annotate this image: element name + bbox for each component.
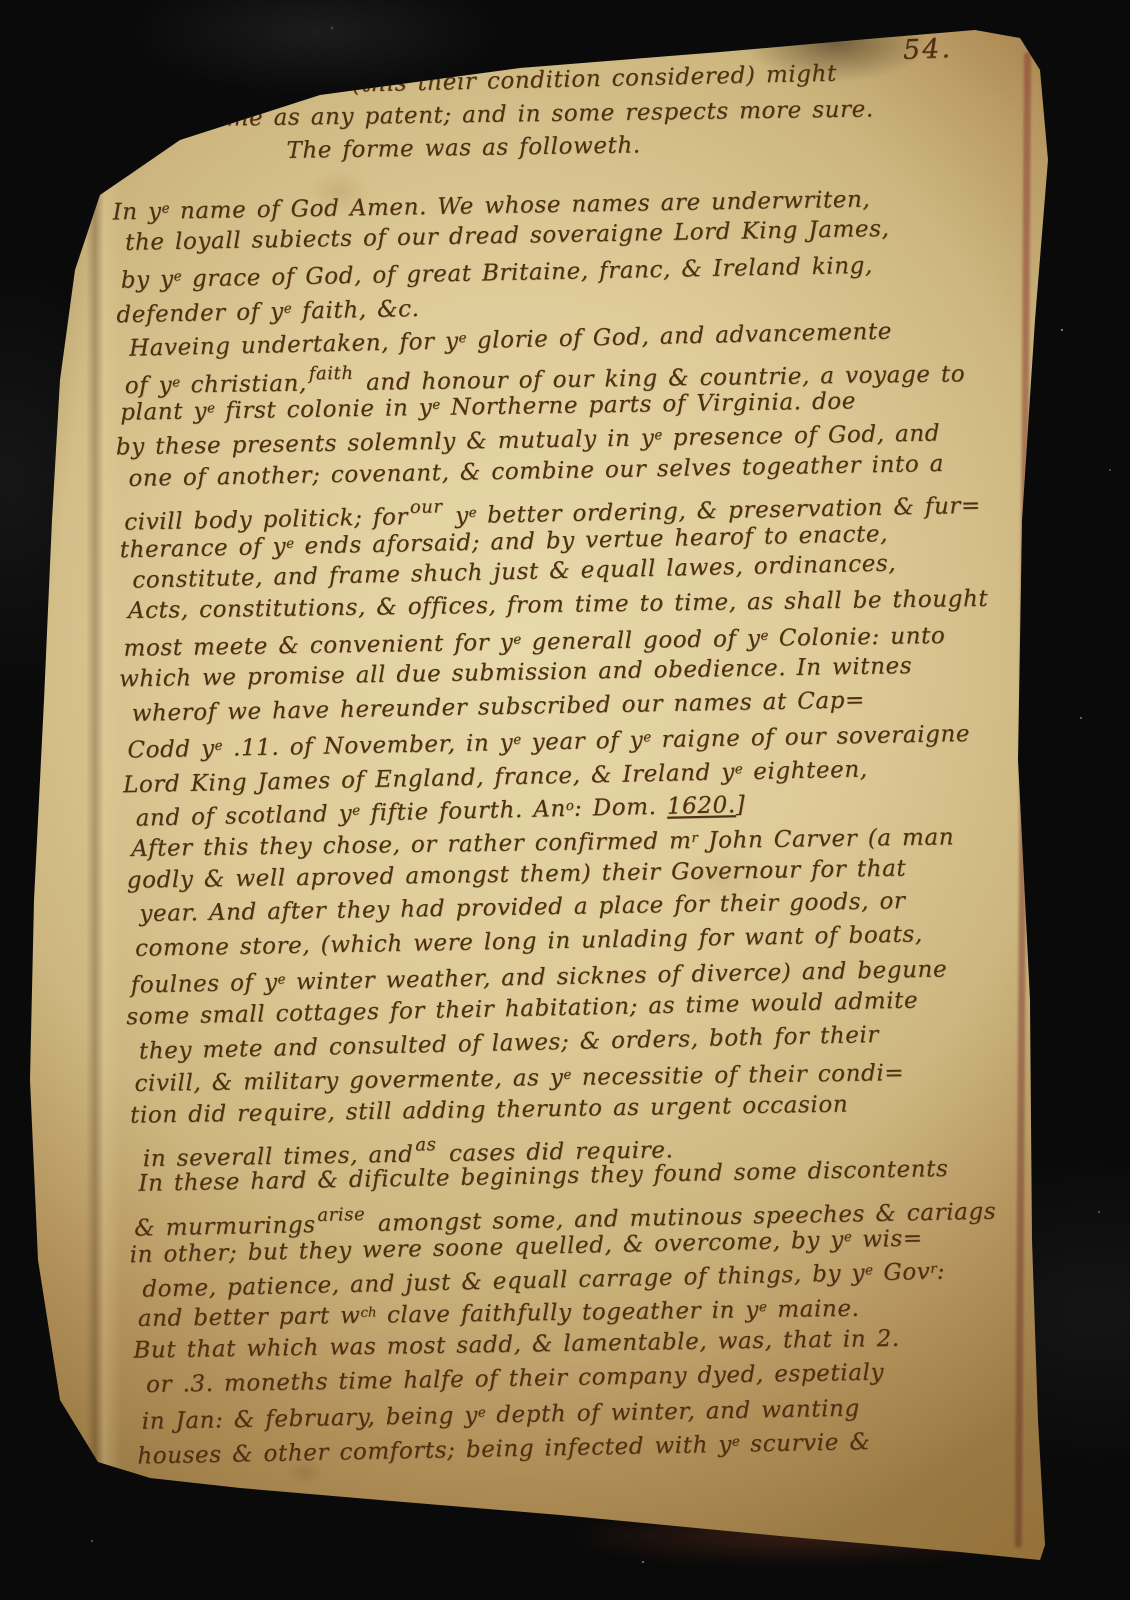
manuscript-text: acte by them done (this their condition … [116,55,1046,1470]
manuscript-page: 54. acte by them done (this their condit… [0,0,1130,1600]
